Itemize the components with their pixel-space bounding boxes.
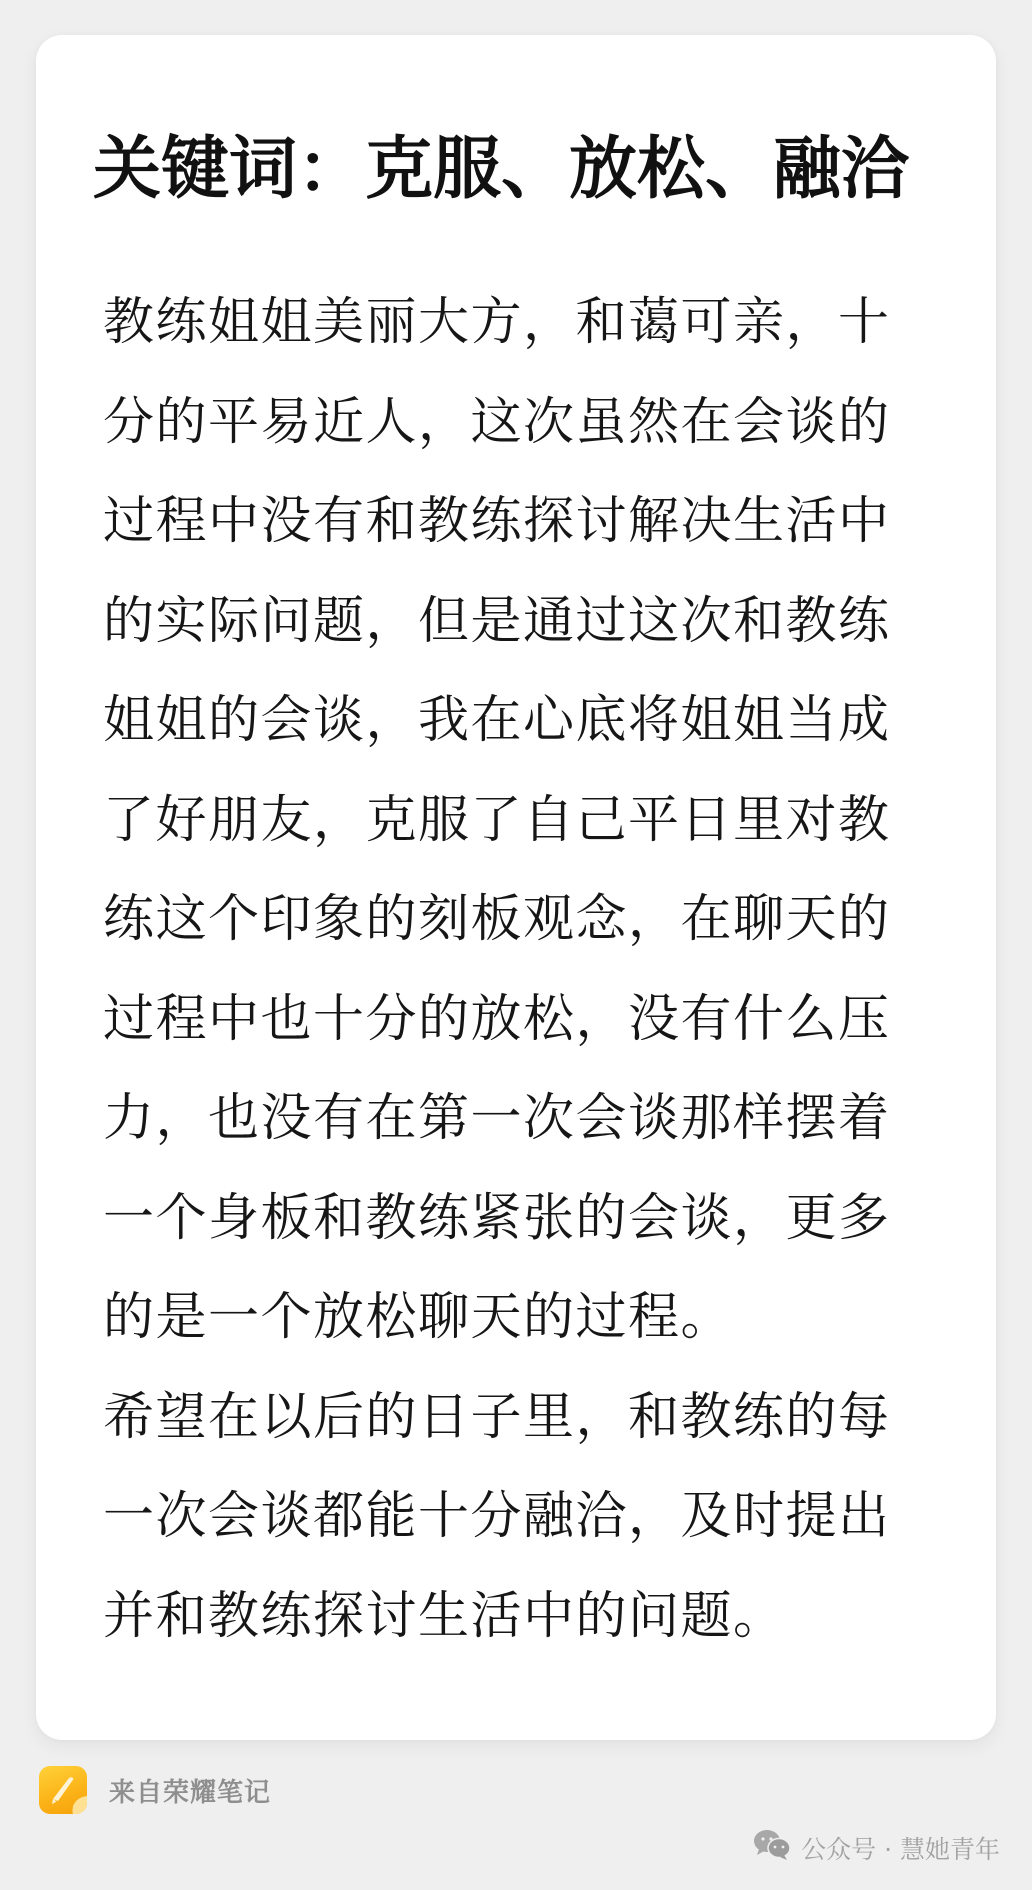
source-label: 来自荣耀笔记 bbox=[109, 1772, 271, 1809]
note-card: 关键词：克服、放松、融洽 教练姐姐美丽大方，和蔼可亲，十 分的平易近人，这次虽然… bbox=[36, 35, 996, 1740]
note-line: 分的平易近人，这次虽然在会谈的 bbox=[103, 373, 943, 473]
note-line: 了好朋友，克服了自己平日里对教 bbox=[103, 771, 943, 871]
note-line: 过程中没有和教练探讨解决生活中 bbox=[103, 472, 943, 572]
note-line: 一个身板和教练紧张的会谈，更多 bbox=[103, 1169, 943, 1269]
wechat-icon bbox=[753, 1829, 793, 1867]
note-title: 关键词：克服、放松、融洽 bbox=[93, 130, 909, 210]
watermark: 公众号 · 慧她青年 bbox=[753, 1828, 1000, 1868]
note-line: 姐姐的会谈，我在心底将姐姐当成 bbox=[103, 671, 943, 771]
note-line: 的实际问题，但是通过这次和教练 bbox=[103, 572, 943, 672]
note-line: 的是一个放松聊天的过程。 bbox=[103, 1268, 943, 1368]
watermark-text: 公众号 · 慧她青年 bbox=[801, 1830, 1000, 1866]
note-line: 希望在以后的日子里，和教练的每 bbox=[103, 1368, 943, 1468]
note-line: 一次会谈都能十分融洽，及时提出 bbox=[103, 1467, 943, 1567]
note-line: 并和教练探讨生活中的问题。 bbox=[103, 1567, 943, 1667]
honor-notes-pencil-icon bbox=[39, 1766, 87, 1814]
note-line: 教练姐姐美丽大方，和蔼可亲，十 bbox=[103, 273, 943, 373]
note-line: 过程中也十分的放松，没有什么压 bbox=[103, 970, 943, 1070]
note-line: 力，也没有在第一次会谈那样摆着 bbox=[103, 1069, 943, 1169]
note-body: 教练姐姐美丽大方，和蔼可亲，十 分的平易近人，这次虽然在会谈的 过程中没有和教练… bbox=[103, 273, 943, 1666]
note-source: 来自荣耀笔记 bbox=[39, 1766, 271, 1814]
note-line: 练这个印象的刻板观念，在聊天的 bbox=[103, 870, 943, 970]
